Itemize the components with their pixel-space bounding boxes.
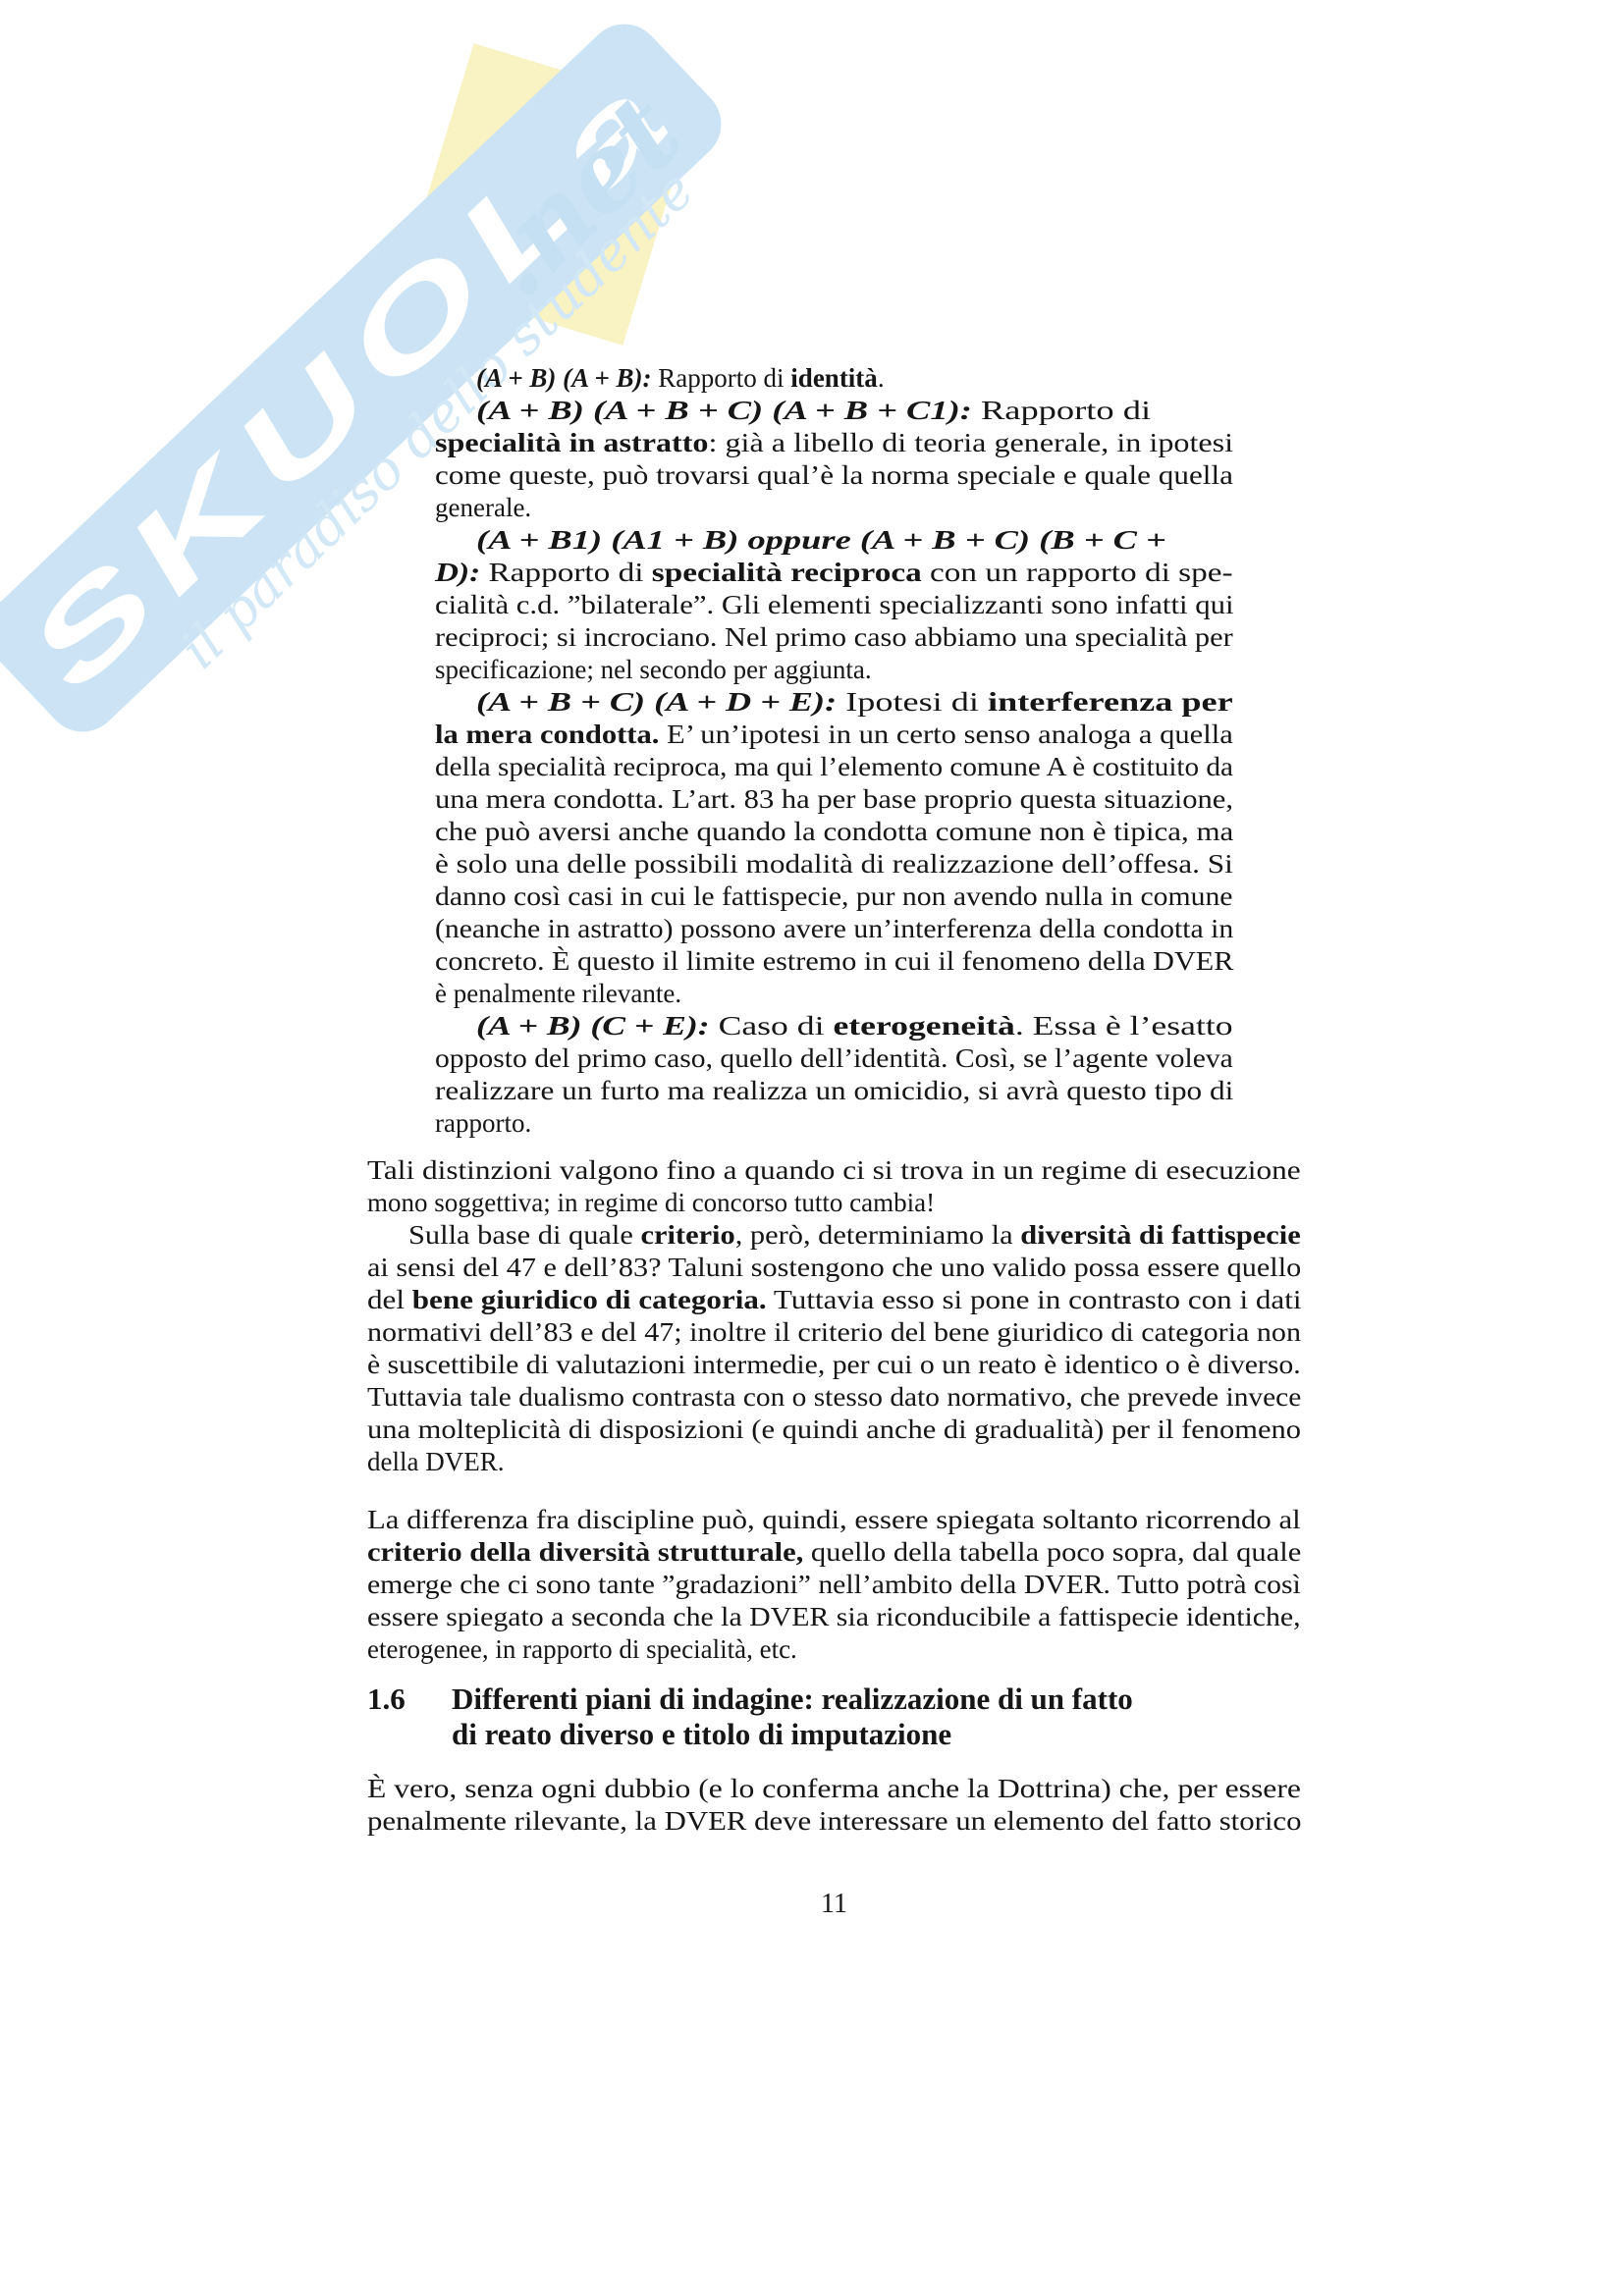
page-number: 11 (367, 1889, 1301, 1920)
text-line: emerge che ci sono tante ”gradazioni” ne… (367, 1569, 1301, 1601)
watermark: SKUOLa .net il paradiso dello studente (0, 0, 1624, 2296)
section-title: Differenti piani di indagine: realizzazi… (452, 1682, 1301, 1752)
paragraph: (A + B + C) (A + D + E): Ipotesi di inte… (435, 686, 1233, 1010)
paragraph: Tali distinzioni valgono fino a quando c… (367, 1154, 1301, 1219)
text-line: rapporto. (435, 1107, 1233, 1140)
body-text-block-2: La differenza fra discipline può, quindi… (367, 1504, 1301, 1666)
text-line: D): Rapporto di specialità reciproca con… (435, 557, 1233, 589)
text-line: La differenza fra discipline può, quindi… (367, 1504, 1301, 1536)
text-line: una molteplicità di disposizioni (e quin… (367, 1414, 1301, 1446)
indented-case-list-block: (A + B) (A + B): Rapporto di identità.(A… (435, 362, 1233, 1140)
text-line: È vero, senza ogni dubbio (e lo conferma… (367, 1773, 1301, 1805)
text-line: mono soggettiva; in regime di concorso t… (367, 1187, 1301, 1219)
paragraph: Sulla base di quale criterio, però, dete… (367, 1219, 1301, 1478)
section-heading: 1.6 Differenti piani di indagine: realiz… (367, 1682, 1301, 1752)
text-line: Tali distinzioni valgono fino a quando c… (367, 1154, 1301, 1187)
body-text-block-1: Tali distinzioni valgono fino a quando c… (367, 1154, 1301, 1478)
text-line: (A + B) (A + B + C) (A + B + C1): Rappor… (435, 395, 1233, 427)
text-line: la mera condotta. E’ un’ipotesi in un ce… (435, 719, 1233, 751)
text-line: Tuttavia tale dualismo contrasta con o s… (367, 1381, 1301, 1414)
text-line: del bene giuridico di categoria. Tuttavi… (367, 1284, 1301, 1316)
section-title-line2: di reato diverso e titolo di imputazione (452, 1717, 1301, 1752)
paragraph: La differenza fra discipline può, quindi… (367, 1504, 1301, 1666)
text-line: come queste, può trovarsi qual’è la norm… (435, 459, 1233, 492)
text-line: (neanche in astratto) possono avere un’i… (435, 913, 1233, 945)
text-line: una mera condotta. L’art. 83 ha per base… (435, 783, 1233, 816)
text-line: (A + B + C) (A + D + E): Ipotesi di inte… (435, 686, 1233, 719)
text-line: normativi dell’83 e del 47; inoltre il c… (367, 1316, 1301, 1349)
paragraph: È vero, senza ogni dubbio (e lo conferma… (367, 1773, 1301, 1838)
text-line: della specialità reciproca, ma qui l’ele… (435, 751, 1233, 783)
paragraph: (A + B1) (A1 + B) oppure (A + B + C) (B … (435, 524, 1233, 686)
text-line: reciproci; si incrociano. Nel primo caso… (435, 621, 1233, 654)
text-line: generale. (435, 492, 1233, 524)
text-line: opposto del primo caso, quello dell’iden… (435, 1042, 1233, 1075)
text-line: della DVER. (367, 1446, 1301, 1478)
body-text-block-3: È vero, senza ogni dubbio (e lo conferma… (367, 1773, 1301, 1838)
section-number: 1.6 (367, 1682, 452, 1752)
text-line: cialità c.d. ”bilaterale”. Gli elementi … (435, 589, 1233, 621)
text-line: è suscettibile di valutazioni intermedie… (367, 1349, 1301, 1381)
document-page: SKUOLa .net il paradiso dello studente (… (0, 0, 1624, 2296)
text-line: penalmente rilevante, la DVER deve inter… (367, 1805, 1301, 1838)
paragraph: (A + B) (A + B): Rapporto di identità. (435, 362, 1233, 395)
text-line: realizzare un furto ma realizza un omici… (435, 1075, 1233, 1107)
text-line: che può aversi anche quando la condotta … (435, 816, 1233, 848)
text-line: ai sensi del 47 e dell’83? Taluni sosten… (367, 1252, 1301, 1284)
text-line: Sulla base di quale criterio, però, dete… (367, 1219, 1301, 1252)
paragraph: (A + B) (A + B + C) (A + B + C1): Rappor… (435, 395, 1233, 524)
text-line: concreto. È questo il limite estremo in … (435, 945, 1233, 978)
text-line: danno così casi in cui le fattispecie, p… (435, 881, 1233, 913)
text-line: (A + B) (A + B): Rapporto di identità. (435, 362, 1233, 395)
text-line: (A + B1) (A1 + B) oppure (A + B + C) (B … (435, 524, 1233, 557)
text-line: essere spiegato a seconda che la DVER si… (367, 1601, 1301, 1633)
paragraph: (A + B) (C + E): Caso di eterogeneità. E… (435, 1010, 1233, 1140)
section-title-line1: Differenti piani di indagine: realizzazi… (452, 1682, 1301, 1717)
text-line: eterogenee, in rapporto di specialità, e… (367, 1633, 1301, 1666)
text-line: (A + B) (C + E): Caso di eterogeneità. E… (435, 1010, 1233, 1042)
text-line: criterio della diversità strutturale, qu… (367, 1536, 1301, 1569)
text-line: è penalmente rilevante. (435, 978, 1233, 1010)
text-line: specificazione; nel secondo per aggiunta… (435, 654, 1233, 686)
text-line: è solo una delle possibili modalità di r… (435, 848, 1233, 881)
text-line: specialità in astratto: già a libello di… (435, 427, 1233, 459)
